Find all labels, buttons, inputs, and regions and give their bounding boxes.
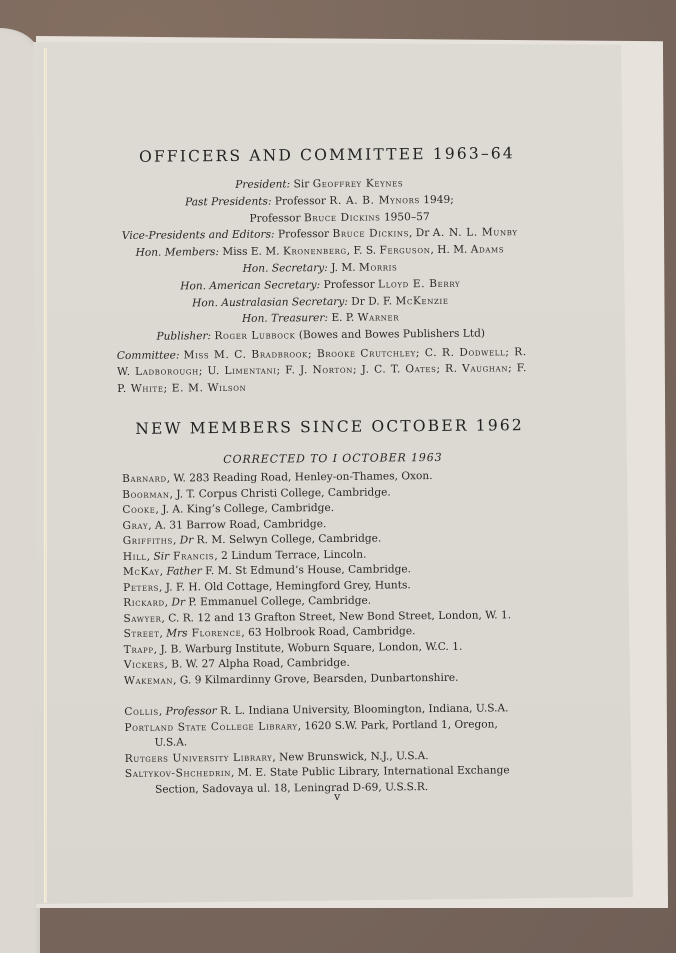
member-initials: , J. T. [170, 488, 196, 500]
member-surname: Barnard [122, 473, 167, 485]
member-initials: Francis [169, 550, 214, 562]
member-address: Emmanuel College, Cambridge. [197, 595, 372, 609]
role-label: Vice-Presidents and Editors: [122, 229, 275, 242]
member-surname: Portland State College Library [124, 720, 297, 734]
member-initials: P. [185, 596, 197, 608]
member-initials: , J. A. [155, 503, 183, 515]
officer-suffix: 1950–57 [380, 211, 429, 223]
member-address: Indiana University, Bloomington, Indiana… [245, 702, 508, 717]
officer-name: Warner [358, 312, 400, 324]
officer-name: Adams [471, 244, 505, 256]
member-initials: F. M. [202, 565, 232, 577]
member-surname: Rutgers University Library [125, 751, 273, 764]
member-initials: , G. [173, 674, 191, 686]
member-title: Dr [180, 534, 194, 546]
officer-text: J. M. [331, 262, 359, 274]
member-initials: R. M. [193, 534, 225, 546]
member-initials: R. L. [217, 705, 246, 717]
officer-suffix: , H. M. [430, 244, 470, 256]
member-surname: Sawyer [123, 612, 161, 624]
member-surname: Boorman [122, 488, 169, 500]
role-label: President: [235, 178, 290, 191]
role-label: Hon. Australasian Secretary: [192, 295, 348, 308]
member-initials: , J. B. [154, 643, 182, 655]
member-title: Father [166, 565, 201, 577]
member-address: , 63 Holbrook Road, Cambridge. [241, 625, 415, 639]
officer-name: Morris [359, 261, 398, 273]
member-surname: Wakeman [124, 674, 173, 686]
member-surname: Trapp [124, 643, 154, 655]
officer-name: R. A. B. Mynors [329, 194, 420, 207]
role-label: Hon. Secretary: [243, 262, 328, 275]
page-content: OFFICERS AND COMMITTEE 1963–64 President… [0, 0, 676, 953]
member-title: Sir [153, 550, 169, 562]
member-address: St Edmund’s House, Cambridge. [232, 563, 411, 577]
member-address: 9 Kilmardinny Grove, Bearsden, Dunbarton… [191, 671, 458, 686]
member-title: Professor [166, 705, 217, 717]
member-address: King’s College, Cambridge. [183, 502, 334, 515]
officer-name: Roger Lubbock [214, 329, 295, 342]
officer-name: Bruce Dickins [304, 211, 381, 224]
member-surname: Peters [123, 581, 159, 593]
officer-suffix: , F. S. [347, 245, 380, 257]
member-initials: , A. [148, 519, 166, 531]
officer-row-publisher: Publisher: Roger Lubbock (Bowes and Bowe… [111, 325, 531, 346]
member-address: , New Brunswick, N.J., U.S.A. [272, 750, 428, 763]
member-title: Dr [171, 596, 185, 608]
new-members-subtitle: CORRECTED TO I OCTOBER 1963 [0, 449, 671, 468]
role-label: Past Presidents: [185, 195, 272, 208]
member-address: 12 and 13 Grafton Street, New Bond Stree… [194, 609, 511, 624]
member-address: Corpus Christi College, Cambridge. [195, 486, 390, 500]
member-initials: , W. [167, 472, 186, 484]
member-address: 27 Alpha Road, Cambridge. [198, 657, 350, 670]
member-surname: Hill [123, 550, 147, 562]
officer-name: Bruce Dickins [332, 228, 409, 241]
role-label: Committee: [117, 349, 180, 362]
officer-name: Kronenberg [283, 245, 347, 258]
member-address: Warburg Institute, Woburn Square, London… [182, 640, 463, 655]
officer-name: Lloyd E. Berry [378, 278, 460, 291]
officer-text: Dr D. F. [351, 295, 395, 307]
member-surname: Saltykov-Shchedrin [125, 767, 231, 780]
member-initials: , C. R. [161, 612, 194, 624]
new-members-title: NEW MEMBERS SINCE OCTOBER 1962 [0, 415, 668, 439]
officer-text: Sir [294, 178, 313, 190]
role-label: Hon. Members: [136, 246, 220, 259]
member-title: Mrs [166, 627, 187, 639]
officers-title: OFFICERS AND COMMITTEE 1963–64 [0, 143, 665, 167]
member-surname: Rickard [123, 597, 165, 609]
member-surname: Collis [124, 706, 159, 718]
member-address: 283 Reading Road, Henley-on-Thames, Oxon… [186, 470, 433, 484]
officer-text: Professor [278, 228, 333, 241]
officer-text: E. P. [331, 312, 357, 324]
page-number: v [334, 790, 340, 803]
officer-text: Professor [249, 212, 304, 225]
role-label: Publisher: [156, 330, 211, 343]
member-surname: Street [124, 628, 160, 640]
officer-text: Miss E. M. [222, 246, 283, 259]
member-surname: Cooke [122, 504, 155, 516]
officer-suffix: , Dr [409, 227, 433, 239]
member-address: , 2 Lindum Terrace, Lincoln. [214, 548, 366, 561]
role-label: Hon. American Secretary: [180, 279, 320, 292]
member-surname: Gray [122, 519, 148, 531]
officer-name: A. N. L. Munby [433, 227, 518, 240]
committee-list: Committee: Miss M. C. Bradbrook; Brooke … [117, 344, 527, 397]
member-initials: , B. W. [164, 658, 198, 670]
officer-name: McKenzie [395, 294, 448, 307]
member-initials: Florence [188, 627, 242, 640]
members-list: Barnard, W. 283 Reading Road, Henley-on-… [122, 468, 545, 798]
officer-suffix: (Bowes and Bowes Publishers Ltd) [295, 328, 485, 342]
member-address: Selwyn College, Cambridge. [226, 533, 382, 546]
member-initials: , J. F. H. [159, 581, 201, 593]
member-address: , 1620 S.W. Park, Portland 1, Oregon, [298, 718, 498, 732]
officer-text: Professor [275, 195, 330, 208]
role-label: Hon. Treasurer: [242, 312, 328, 325]
member-initials: , M. E. [231, 767, 267, 779]
officers-list: President: Sir Geoffrey Keynes Past Pres… [109, 174, 531, 346]
member-surname: Griffiths [123, 535, 173, 547]
member-address: State Public Library, International Exch… [266, 764, 509, 778]
officer-name: Geoffrey Keynes [313, 177, 404, 190]
member-surname: McKay [123, 566, 160, 578]
officer-text: Professor [324, 278, 379, 291]
officer-name: Ferguson [379, 244, 430, 256]
member-address: Old Cottage, Hemingford Grey, Hunts. [201, 579, 411, 593]
member-surname: Vickers [124, 659, 165, 671]
officer-suffix: 1949; [420, 194, 454, 206]
member-address: 31 Barrow Road, Cambridge. [166, 518, 326, 532]
